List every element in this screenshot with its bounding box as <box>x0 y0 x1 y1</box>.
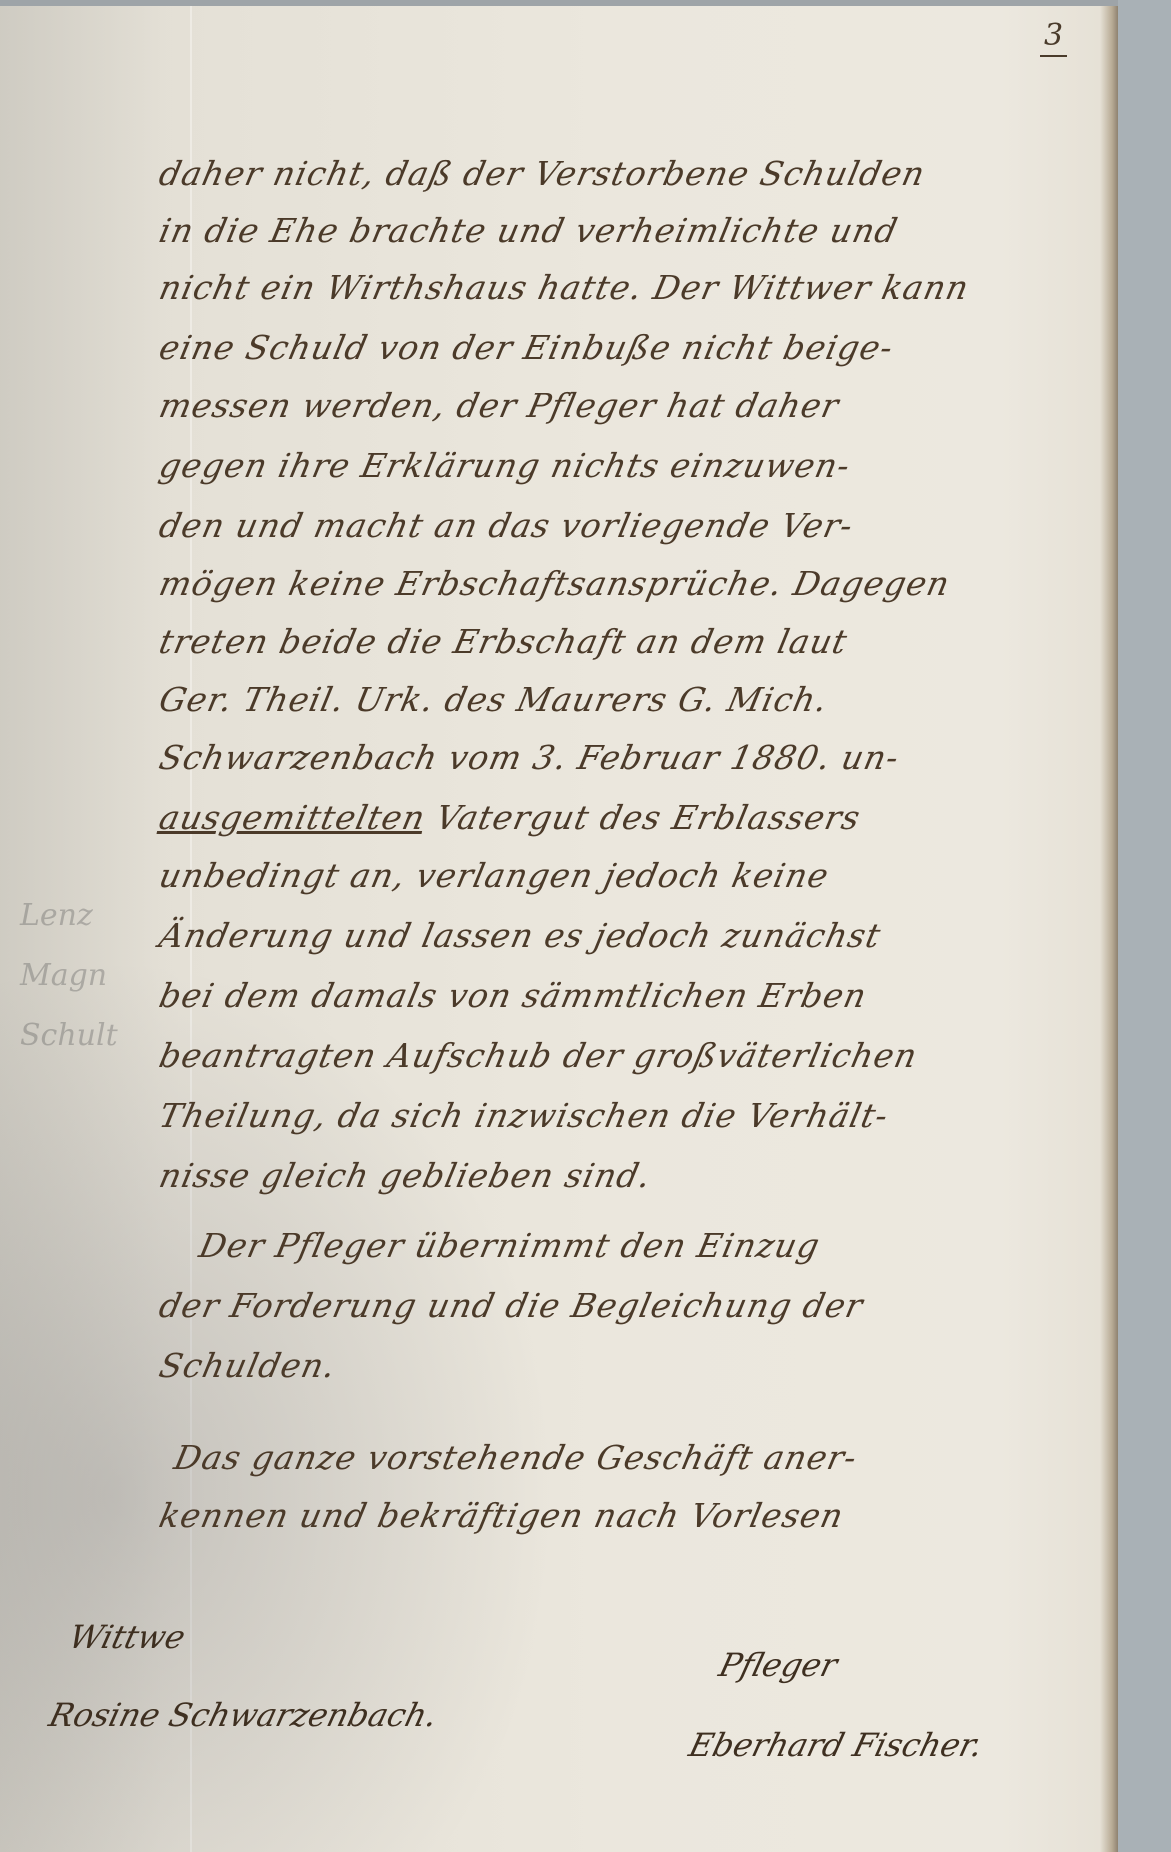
text-line: messen werden, der Pfleger hat daher <box>156 386 1114 425</box>
signature-role-widow: Wittwe <box>65 1618 189 1656</box>
text-line: der Forderung und die Begleichung der <box>156 1286 1114 1325</box>
text-line: Schwarzenbach vom 3. Februar 1880. un- <box>156 738 1114 777</box>
text-line: kennen und bekräftigen nach Vorlesen <box>156 1496 1114 1535</box>
underlined-word: ausgemittelten <box>156 798 429 837</box>
text-line: in die Ehe brachte und verheimlichte und <box>156 211 1114 250</box>
bleed-through-mark: Magn <box>20 946 150 1006</box>
text-line: gegen ihre Erklärung nichts einzuwen- <box>156 446 1114 485</box>
text-line: den und macht an das vorliegende Ver- <box>156 506 1114 545</box>
text-line: ausgemittelten Vatergut des Erblassers <box>156 798 1114 837</box>
text-line: eine Schuld von der Einbuße nicht beige- <box>156 328 1114 367</box>
signature-role-guardian: Pfleger <box>715 1646 841 1684</box>
text-line: unbedingt an, verlangen jedoch keine <box>156 856 1114 895</box>
text-line: beantragten Aufschub der großväterlichen <box>156 1036 1114 1075</box>
signature-guardian: Eberhard Fischer. <box>685 1726 986 1764</box>
text-line: nicht ein Wirthshaus hatte. Der Wittwer … <box>156 268 1114 307</box>
text-line: Schulden. <box>156 1346 1114 1385</box>
text-line: Das ganze vorstehende Geschäft aner- <box>171 1438 1129 1477</box>
text-line: Änderung und lassen es jedoch zunächst <box>156 916 1114 955</box>
text-line: bei dem damals von sämmtlichen Erben <box>156 976 1114 1015</box>
bleed-through-mark: Schult <box>20 1006 150 1066</box>
bleed-through-mark: Lenz <box>20 886 150 946</box>
document-page: Lenz Magn Schult 3 daher nicht, daß der … <box>0 0 1118 1852</box>
text-line: daher nicht, daß der Verstorbene Schulde… <box>156 154 1114 193</box>
text-line: treten beide die Erbschaft an dem laut <box>156 622 1114 661</box>
text-line: Der Pfleger übernimmt den Einzug <box>196 1226 1154 1265</box>
text-line-rest: Vatergut des Erblassers <box>432 798 864 837</box>
text-line: nisse gleich geblieben sind. <box>156 1156 1114 1195</box>
page-number: 3 <box>1040 18 1067 57</box>
text-line: mögen keine Erbschaftsansprüche. Dagegen <box>156 564 1114 603</box>
text-line: Ger. Theil. Urk. des Maurers G. Mich. <box>156 680 1114 719</box>
signature-widow: Rosine Schwarzenbach. <box>45 1696 441 1734</box>
text-line: Theilung, da sich inzwischen die Verhält… <box>156 1096 1114 1135</box>
